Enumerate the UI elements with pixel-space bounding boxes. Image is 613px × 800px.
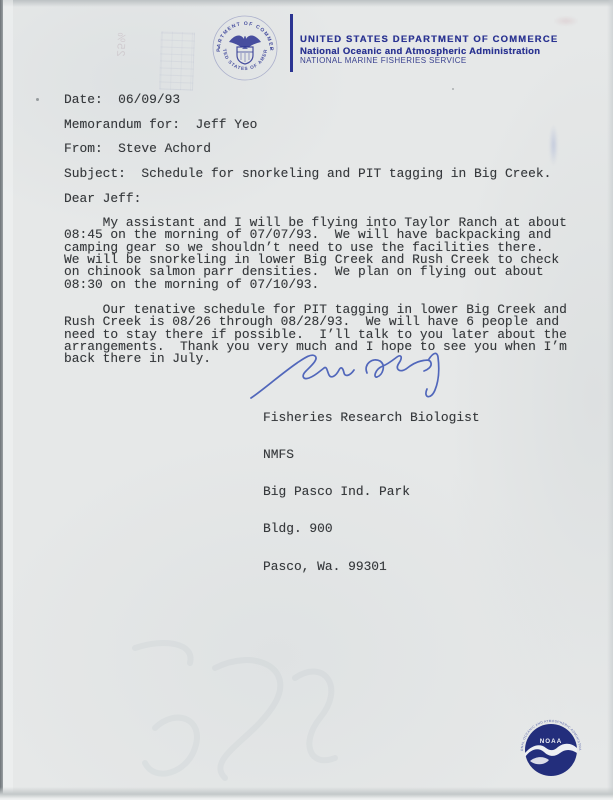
date-label: Date: [64,92,103,107]
scan-edge-top [0,0,613,7]
signature-block: Fisheries Research Biologist NMFS Big Pa… [263,387,480,598]
agency-name: UNITED STATES DEPARTMENT OF COMMERCE [300,34,558,45]
memo-date-row: Date: 06/09/93 [64,94,180,106]
date-value: 06/09/93 [118,92,180,107]
memo-for-row: Memorandum for: Jeff Yeo [64,119,257,131]
bleedthrough-handwriting [95,608,365,798]
from-value: Steve Achord [118,141,211,156]
ink-smudge [549,124,558,166]
signer-title: Fisheries Research Biologist [263,412,480,424]
signer-address-line: Bldg. 900 [263,523,480,535]
scanned-memo-page: 25% DEPARTMENT OF COMMERCE UNITED STATES… [0,0,613,800]
subject-value: Schedule for snorkeling and PIT tagging … [141,166,551,181]
from-label: From: [64,141,103,156]
agency-service: NATIONAL MARINE FISHERIES SERVICE [300,56,467,65]
subject-label: Subject: [64,166,126,181]
memo-from-row: From: Steve Achord [64,143,211,155]
signer-address-line: Pasco, Wa. 99301 [263,561,480,573]
scan-edge-right [607,0,613,800]
memo-for-label: Memorandum for: [64,117,180,132]
department-of-commerce-seal-icon: DEPARTMENT OF COMMERCE UNITED STATES OF … [211,14,279,82]
letterhead-divider [290,14,293,72]
scan-edge-left-paper [3,0,13,800]
signer-org: NMFS [263,449,480,461]
memo-subject-row: Subject: Schedule for snorkeling and PIT… [64,168,551,180]
scan-speck [452,88,454,90]
noaa-label: NOAA [540,738,563,745]
agency-administration: National Oceanic and Atmospheric Adminis… [300,46,540,57]
memo-for-value: Jeff Yeo [196,117,258,132]
doc-seal-eagle-shield [229,36,261,64]
noaa-logo-icon: NATIONAL OCEANIC AND ATMOSPHERIC ADMINIS… [518,717,584,783]
scan-speck [36,98,39,101]
bleedthrough-text: 25% [114,31,127,56]
scan-edge-left [0,0,3,800]
salutation: Dear Jeff: [64,193,141,205]
signer-address-line: Big Pasco Ind. Park [263,486,480,498]
scan-smudge [553,16,579,26]
bleedthrough-grid [159,31,195,90]
memo-paragraph-1: My assistant and I will be flying into T… [64,217,567,291]
